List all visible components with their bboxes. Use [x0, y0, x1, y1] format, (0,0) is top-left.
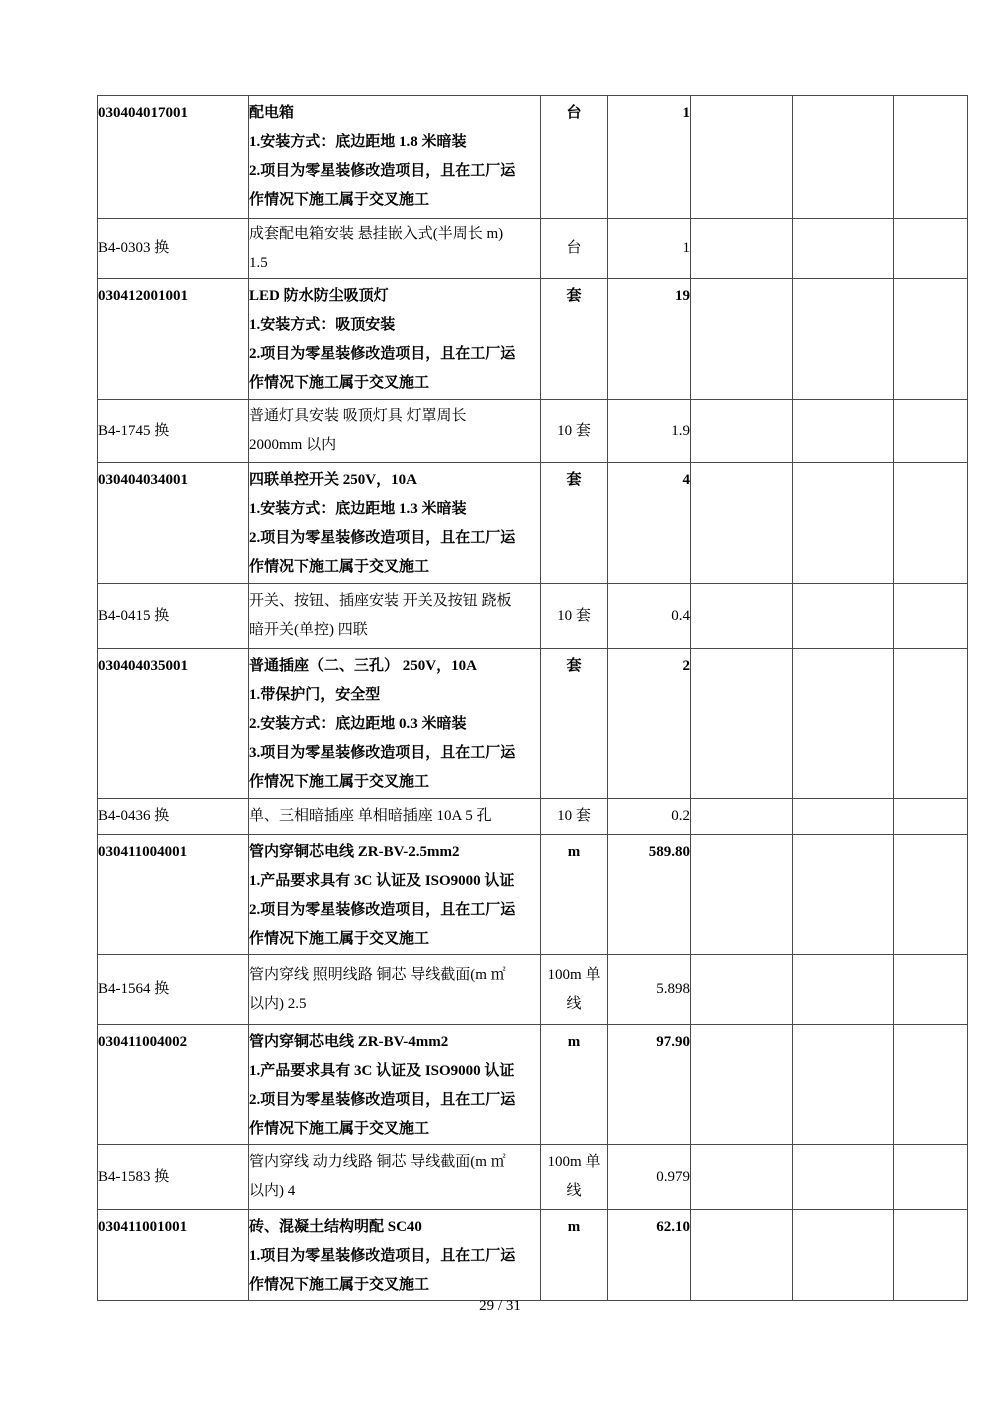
quantity-cell: 0.979: [608, 1145, 691, 1210]
empty-cell: [894, 584, 968, 649]
empty-cell: [691, 96, 793, 219]
empty-cell: [894, 400, 968, 463]
empty-cell: [793, 584, 894, 649]
empty-cell: [691, 584, 793, 649]
item-description-cell: 管内穿铜芯电线 ZR-BV-4mm2 1.产品要求具有 3C 认证及 ISO90…: [249, 1025, 541, 1145]
item-code-cell: 030411004001: [98, 835, 249, 955]
table-row: 030412001001LED 防水防尘吸顶灯 1.安装方式：吸顶安装 2.项目…: [98, 279, 968, 400]
quantity-cell: 19: [608, 279, 691, 400]
table-row: 030404035001普通插座（二、三孔） 250V，10A 1.带保护门，安…: [98, 649, 968, 799]
empty-cell: [894, 96, 968, 219]
item-description-cell: 单、三相暗插座 单相暗插座 10A 5 孔: [249, 799, 541, 835]
page-number: 29 / 31: [0, 1298, 1000, 1315]
item-description-cell: 管内穿线 动力线路 铜芯 导线截面(m ㎡ 以内) 4: [249, 1145, 541, 1210]
table-row: B4-1745 换普通灯具安装 吸顶灯具 灯罩周长 2000mm 以内10 套1…: [98, 400, 968, 463]
empty-cell: [793, 400, 894, 463]
empty-cell: [793, 955, 894, 1025]
unit-cell: m: [541, 1210, 608, 1301]
item-code-cell: B4-0436 换: [98, 799, 249, 835]
table-row: B4-1583 换管内穿线 动力线路 铜芯 导线截面(m ㎡ 以内) 4100m…: [98, 1145, 968, 1210]
quantity-cell: 4: [608, 463, 691, 584]
boq-table: 030404017001配电箱 1.安装方式：底边距地 1.8 米暗装 2.项目…: [97, 95, 968, 1301]
item-code-cell: 030404017001: [98, 96, 249, 219]
item-description-cell: 四联单控开关 250V，10A 1.安装方式：底边距地 1.3 米暗装 2.项目…: [249, 463, 541, 584]
empty-cell: [894, 799, 968, 835]
item-description-cell: 管内穿铜芯电线 ZR-BV-2.5mm2 1.产品要求具有 3C 认证及 ISO…: [249, 835, 541, 955]
unit-cell: 套: [541, 649, 608, 799]
table-row: 030411004001管内穿铜芯电线 ZR-BV-2.5mm2 1.产品要求具…: [98, 835, 968, 955]
empty-cell: [691, 955, 793, 1025]
empty-cell: [894, 649, 968, 799]
item-description-cell: 普通插座（二、三孔） 250V，10A 1.带保护门，安全型 2.安装方式：底边…: [249, 649, 541, 799]
empty-cell: [793, 219, 894, 279]
item-description-cell: 普通灯具安装 吸顶灯具 灯罩周长 2000mm 以内: [249, 400, 541, 463]
item-description-cell: 成套配电箱安装 悬挂嵌入式(半周长 m) 1.5: [249, 219, 541, 279]
table-row: 030404017001配电箱 1.安装方式：底边距地 1.8 米暗装 2.项目…: [98, 96, 968, 219]
empty-cell: [793, 463, 894, 584]
item-code-cell: B4-1583 换: [98, 1145, 249, 1210]
unit-cell: 台: [541, 219, 608, 279]
table-row: 030404034001四联单控开关 250V，10A 1.安装方式：底边距地 …: [98, 463, 968, 584]
item-code-cell: B4-1564 换: [98, 955, 249, 1025]
item-code-cell: B4-1745 换: [98, 400, 249, 463]
empty-cell: [691, 835, 793, 955]
empty-cell: [793, 835, 894, 955]
unit-cell: 10 套: [541, 799, 608, 835]
empty-cell: [793, 1025, 894, 1145]
table-row: B4-0415 换开关、按钮、插座安装 开关及按钮 跷板 暗开关(单控) 四联1…: [98, 584, 968, 649]
empty-cell: [793, 649, 894, 799]
empty-cell: [793, 96, 894, 219]
empty-cell: [691, 1145, 793, 1210]
empty-cell: [691, 1025, 793, 1145]
empty-cell: [894, 1025, 968, 1145]
item-code-cell: 030404034001: [98, 463, 249, 584]
empty-cell: [691, 1210, 793, 1301]
quantity-cell: 5.898: [608, 955, 691, 1025]
item-description-cell: 配电箱 1.安装方式：底边距地 1.8 米暗装 2.项目为零星装修改造项目，且在…: [249, 96, 541, 219]
item-code-cell: 030404035001: [98, 649, 249, 799]
item-code-cell: 030412001001: [98, 279, 249, 400]
item-code-cell: B4-0303 换: [98, 219, 249, 279]
quantity-cell: 97.90: [608, 1025, 691, 1145]
boq-document-page: 030404017001配电箱 1.安装方式：底边距地 1.8 米暗装 2.项目…: [0, 0, 1000, 1414]
item-code-cell: B4-0415 换: [98, 584, 249, 649]
table-row: 030411001001砖、混凝土结构明配 SC40 1.项目为零星装修改造项目…: [98, 1210, 968, 1301]
empty-cell: [894, 463, 968, 584]
quantity-cell: 0.2: [608, 799, 691, 835]
quantity-cell: 1.9: [608, 400, 691, 463]
quantity-cell: 0.4: [608, 584, 691, 649]
table-row: 030411004002管内穿铜芯电线 ZR-BV-4mm2 1.产品要求具有 …: [98, 1025, 968, 1145]
unit-cell: 套: [541, 279, 608, 400]
item-code-cell: 030411001001: [98, 1210, 249, 1301]
empty-cell: [691, 279, 793, 400]
unit-cell: 套: [541, 463, 608, 584]
quantity-cell: 1: [608, 96, 691, 219]
empty-cell: [894, 279, 968, 400]
item-description-cell: 管内穿线 照明线路 铜芯 导线截面(m ㎡ 以内) 2.5: [249, 955, 541, 1025]
empty-cell: [691, 219, 793, 279]
unit-cell: 10 套: [541, 400, 608, 463]
empty-cell: [894, 1210, 968, 1301]
item-description-cell: LED 防水防尘吸顶灯 1.安装方式：吸顶安装 2.项目为零星装修改造项目，且在…: [249, 279, 541, 400]
unit-cell: 100m 单 线: [541, 955, 608, 1025]
unit-cell: 100m 单 线: [541, 1145, 608, 1210]
empty-cell: [894, 219, 968, 279]
quantity-cell: 589.80: [608, 835, 691, 955]
empty-cell: [691, 463, 793, 584]
quantity-cell: 2: [608, 649, 691, 799]
empty-cell: [894, 1145, 968, 1210]
quantity-cell: 1: [608, 219, 691, 279]
empty-cell: [691, 400, 793, 463]
unit-cell: m: [541, 1025, 608, 1145]
empty-cell: [691, 799, 793, 835]
table-row: B4-0303 换成套配电箱安装 悬挂嵌入式(半周长 m) 1.5台1: [98, 219, 968, 279]
empty-cell: [691, 649, 793, 799]
item-description-cell: 砖、混凝土结构明配 SC40 1.项目为零星装修改造项目，且在工厂运 作情况下施…: [249, 1210, 541, 1301]
empty-cell: [793, 279, 894, 400]
table-row: B4-0436 换单、三相暗插座 单相暗插座 10A 5 孔10 套0.2: [98, 799, 968, 835]
empty-cell: [793, 1210, 894, 1301]
item-code-cell: 030411004002: [98, 1025, 249, 1145]
empty-cell: [793, 1145, 894, 1210]
unit-cell: 台: [541, 96, 608, 219]
item-description-cell: 开关、按钮、插座安装 开关及按钮 跷板 暗开关(单控) 四联: [249, 584, 541, 649]
unit-cell: 10 套: [541, 584, 608, 649]
quantity-cell: 62.10: [608, 1210, 691, 1301]
table-row: B4-1564 换管内穿线 照明线路 铜芯 导线截面(m ㎡ 以内) 2.510…: [98, 955, 968, 1025]
empty-cell: [894, 955, 968, 1025]
empty-cell: [894, 835, 968, 955]
empty-cell: [793, 799, 894, 835]
unit-cell: m: [541, 835, 608, 955]
